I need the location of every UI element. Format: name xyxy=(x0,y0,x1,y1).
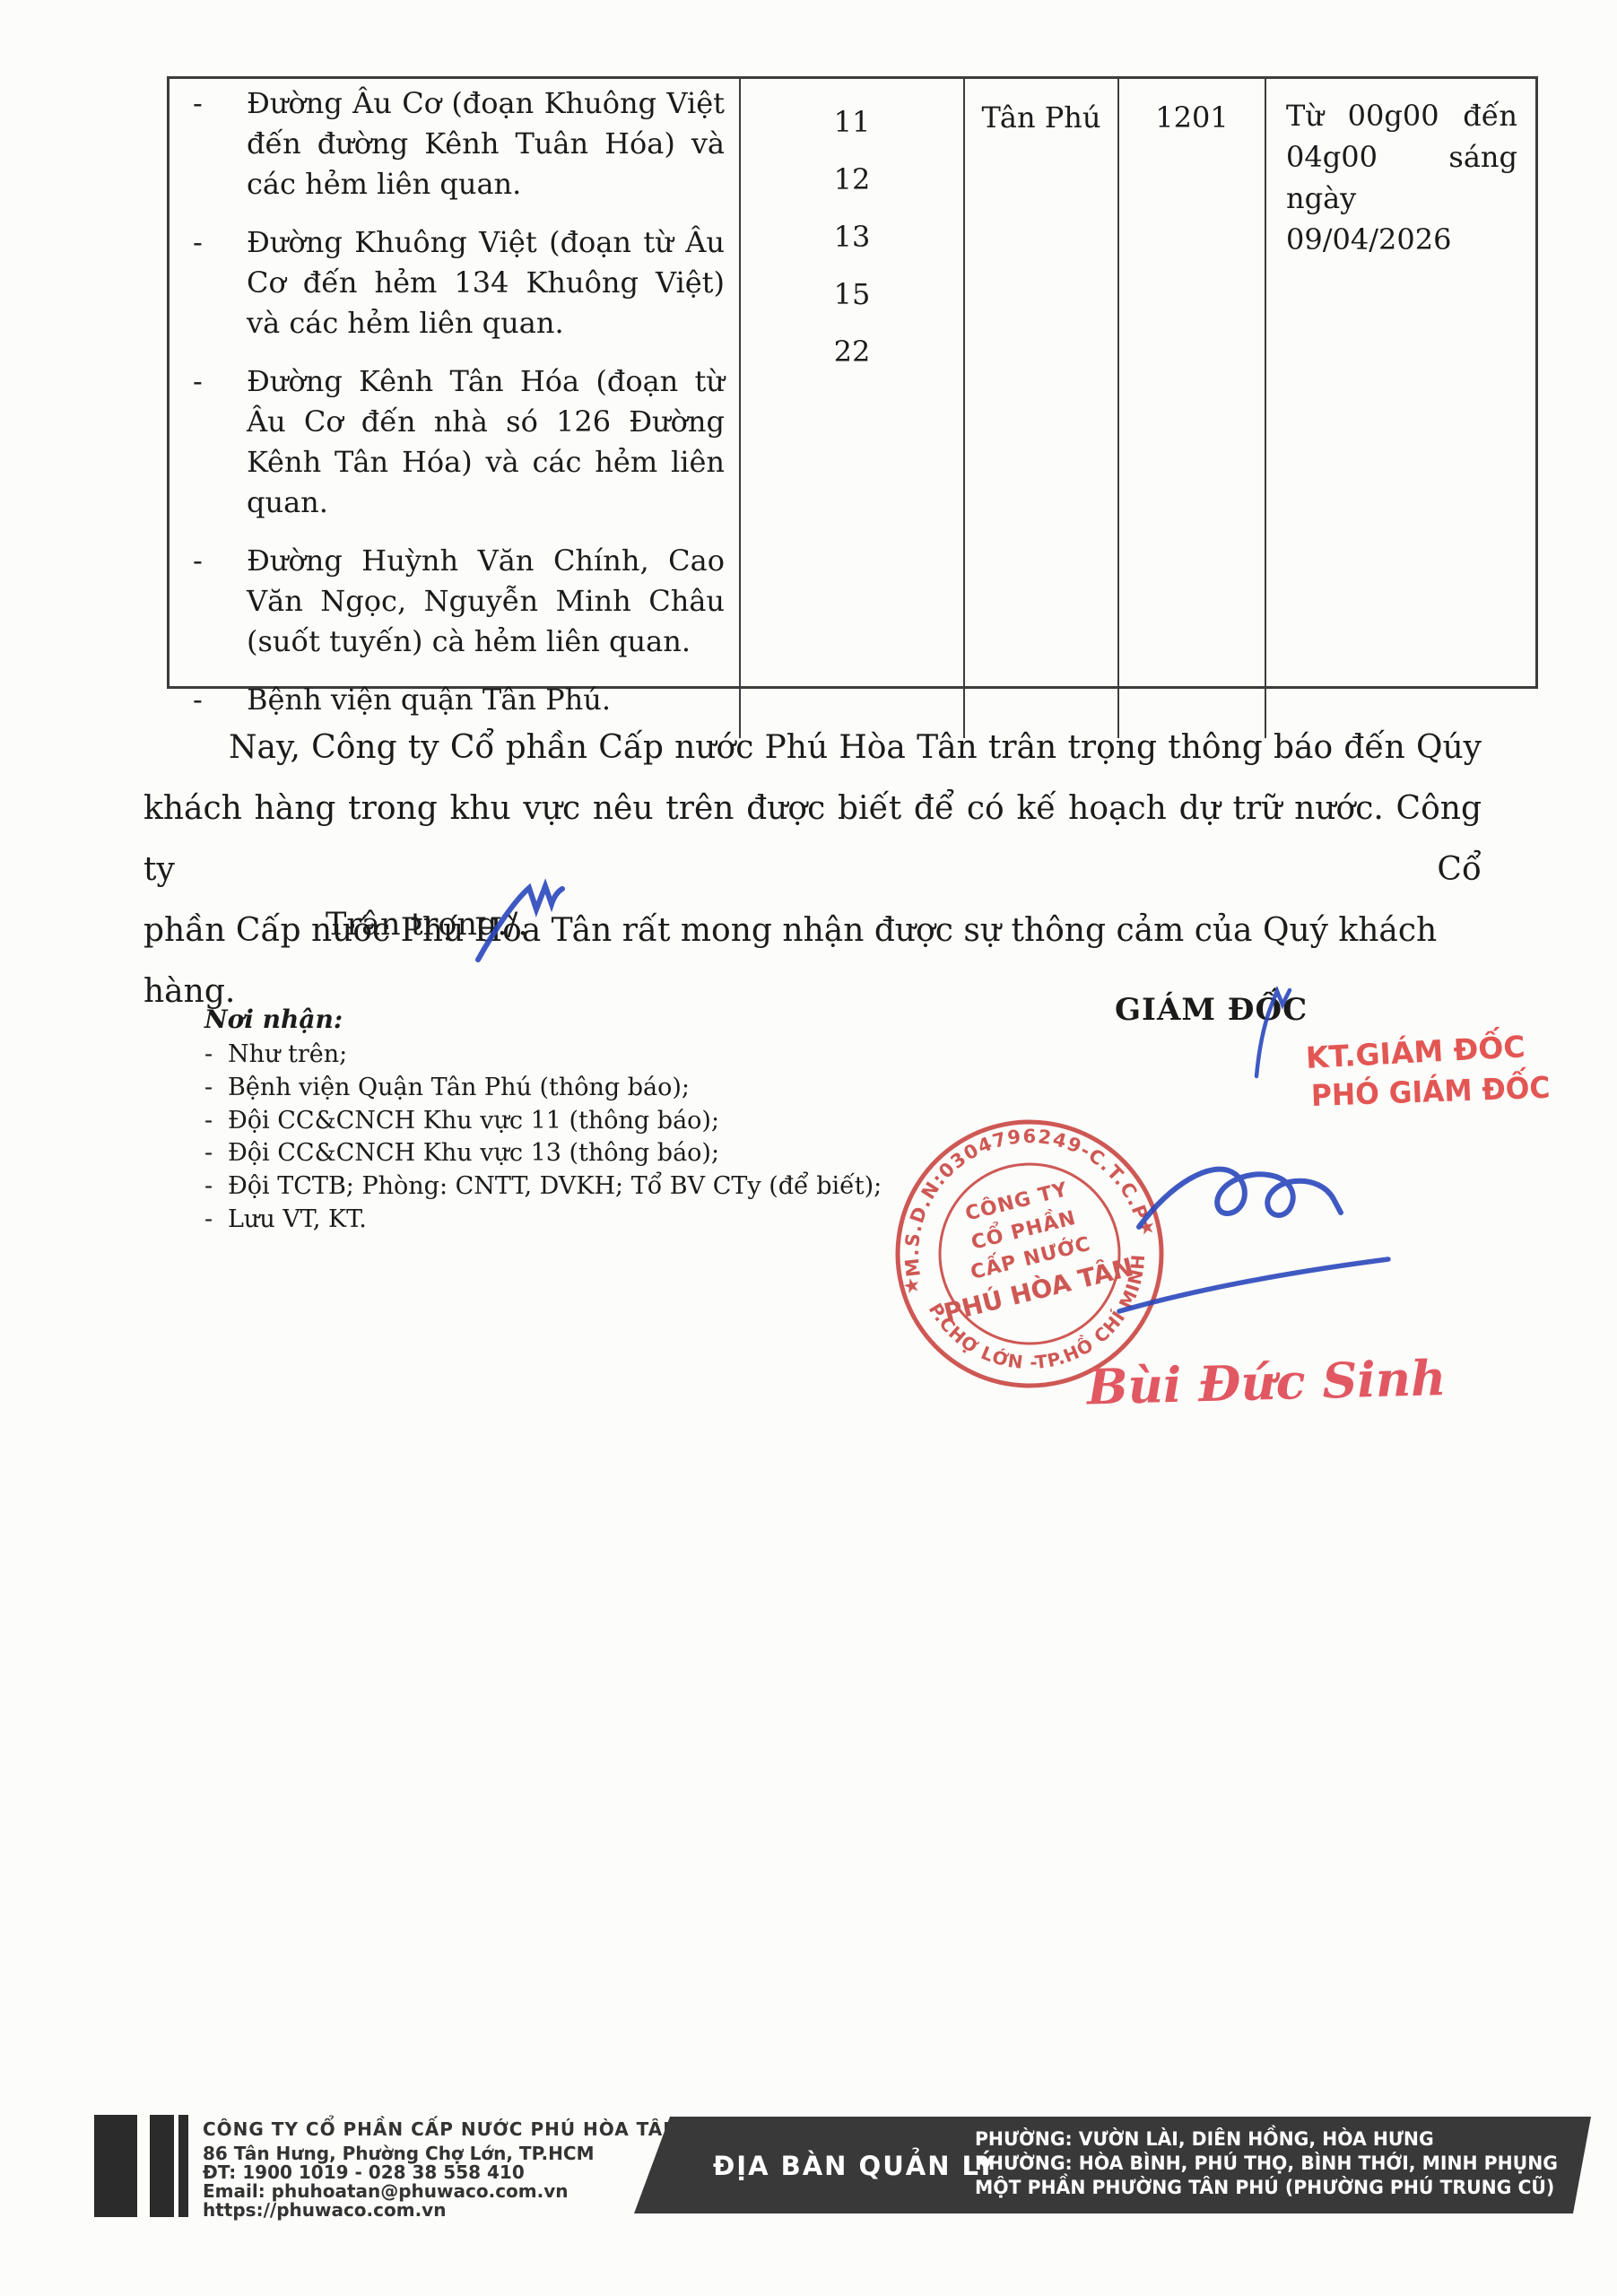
recipient-item: - Như trên; xyxy=(204,1039,882,1072)
footer-phone: ĐT: 1900 1019 - 028 38 558 410 xyxy=(203,2163,679,2182)
service-area-label: ĐỊA BÀN QUẢN LÝ xyxy=(713,2151,997,2181)
bullet-dash: - xyxy=(193,361,247,523)
bullet-dash: - xyxy=(193,83,247,204)
street-item: - Đường Khuông Việt (đoạn từ Âu Cơ đến h… xyxy=(193,222,725,344)
street-item: - Đường Kênh Tân Hóa (đoạn từ Âu Cơ đến … xyxy=(193,361,725,523)
bullet-dash: - xyxy=(204,1137,228,1170)
footer-email: Email: phuhoatan@phuwaco.com.vn xyxy=(203,2182,679,2201)
recipient-text: Đội CC&CNCH Khu vực 13 (thông báo); xyxy=(228,1137,719,1170)
street-text: Đường Khuông Việt (đoạn từ Âu Cơ đến hẻm… xyxy=(247,222,725,344)
recipients-list: - Như trên; - Bệnh viện Quận Tân Phú (th… xyxy=(204,1039,882,1237)
time-line: 09/04/2026 xyxy=(1286,219,1517,260)
street-text: Đường Huỳnh Văn Chính, Cao Văn Ngọc, Ngu… xyxy=(247,541,725,662)
notice-paragraph: Nay, Công ty Cổ phần Cấp nước Phú Hòa Tâ… xyxy=(143,717,1482,1022)
director-title: GIÁM ĐỐC xyxy=(1115,992,1308,1028)
footer-logo-bar xyxy=(150,2115,174,2217)
service-area-list: PHƯỜNG: VƯỜN LÀI, DIÊN HỒNG, HÒA HƯNG PH… xyxy=(975,2127,1558,2200)
recipient-text: Lưu VT, KT. xyxy=(228,1204,367,1237)
zone-number: 12 xyxy=(741,151,963,208)
service-area-line: PHƯỜNG: VƯỜN LÀI, DIÊN HỒNG, HÒA HƯNG xyxy=(975,2127,1558,2152)
table-column-time: Từ 00g00 đến 04g00 sáng ngày 09/04/2026 xyxy=(1265,79,1535,738)
footer-service-area-band: ĐỊA BÀN QUẢN LÝ PHƯỜNG: VƯỜN LÀI, DIÊN H… xyxy=(628,2117,1596,2213)
company-stamp: M.S.D.N:0304796249-C.T.C.P P.CHỢ LỚN -TP… xyxy=(886,1110,1173,1397)
recipient-item: - Đội CC&CNCH Khu vực 13 (thông báo); xyxy=(204,1137,882,1170)
document-page: - Đường Âu Cơ (đoạn Khuông Việt đến đườn… xyxy=(0,0,1617,2296)
paragraph-line: Nay, Công ty Cổ phần Cấp nước Phú Hòa Tâ… xyxy=(143,717,1482,778)
paragraph-line: khách hàng trong khu vực nêu trên được b… xyxy=(143,778,1482,900)
recipient-item: - Lưu VT, KT. xyxy=(204,1204,882,1237)
bullet-dash: - xyxy=(204,1039,228,1072)
zone-number: 13 xyxy=(741,208,963,265)
time-line: Từ 00g00 đến xyxy=(1286,95,1517,136)
deputy-for-stamp-text: KT.GIÁM ĐỐC xyxy=(1305,1029,1526,1075)
zone-number: 15 xyxy=(741,265,963,323)
street-item: - Bệnh viện quận Tân Phú. xyxy=(193,680,725,720)
zone-number: 22 xyxy=(741,323,963,380)
service-area-line: MỘT PHẦN PHƯỜNG TÂN PHÚ (PHƯỜNG PHÚ TRUN… xyxy=(975,2176,1558,2200)
recipient-text: Đội CC&CNCH Khu vực 11 (thông báo); xyxy=(228,1105,719,1138)
district-name: Tân Phú xyxy=(965,97,1117,138)
recipient-item: - Đội CC&CNCH Khu vực 11 (thông báo); xyxy=(204,1105,882,1138)
footer-website: https://phuwaco.com.vn xyxy=(203,2201,679,2220)
water-outage-table: - Đường Âu Cơ (đoạn Khuông Việt đến đườn… xyxy=(167,76,1538,689)
footer-address: 86 Tân Hưng, Phường Chợ Lớn, TP.HCM xyxy=(203,2144,679,2163)
recipient-item: - Đội TCTB; Phòng: CNTT, DVKH; Tổ BV CTy… xyxy=(204,1170,882,1204)
bullet-dash: - xyxy=(204,1105,228,1138)
street-text: Đường Âu Cơ (đoạn Khuông Việt đến đường … xyxy=(247,83,725,204)
footer-logo-bar xyxy=(94,2115,137,2217)
zone-number: 11 xyxy=(741,93,963,151)
bullet-dash: - xyxy=(204,1204,228,1237)
table-column-code: 1201 xyxy=(1117,79,1265,738)
street-text: Bệnh viện quận Tân Phú. xyxy=(247,680,725,720)
footer-company-name: CÔNG TY CỔ PHẦN CẤP NƯỚC PHÚ HÒA TÂN xyxy=(203,2120,679,2139)
table-column-zones: 11 12 13 15 22 xyxy=(739,79,963,738)
footer-company-info: CÔNG TY CỔ PHẦN CẤP NƯỚC PHÚ HÒA TÂN 86 … xyxy=(203,2120,679,2220)
street-item: - Đường Huỳnh Văn Chính, Cao Văn Ngọc, N… xyxy=(193,541,725,662)
time-line: 04g00 sáng ngày xyxy=(1286,136,1517,219)
closing-text: Trân trọng./. xyxy=(326,904,527,945)
recipient-text: Đội TCTB; Phòng: CNTT, DVKH; Tổ BV CTy (… xyxy=(228,1170,882,1204)
recipients-heading: Nơi nhận: xyxy=(204,1004,343,1034)
recipient-text: Bệnh viện Quận Tân Phú (thông báo); xyxy=(228,1072,690,1105)
street-text: Đường Kênh Tân Hóa (đoạn từ Âu Cơ đến nh… xyxy=(247,361,725,523)
deputy-title-stamp-text: PHÓ GIÁM ĐỐC xyxy=(1310,1070,1551,1113)
bullet-dash: - xyxy=(193,541,247,662)
service-area-line: PHƯỜNG: HÒA BÌNH, PHÚ THỌ, BÌNH THỚI, MI… xyxy=(975,2152,1558,2176)
area-code: 1201 xyxy=(1119,97,1265,138)
bullet-dash: - xyxy=(204,1072,228,1105)
recipient-text: Như trên; xyxy=(228,1039,347,1072)
footer-logo-bar xyxy=(178,2115,188,2217)
signer-name: Bùi Đức Sinh xyxy=(1086,1351,1393,1416)
recipient-item: - Bệnh viện Quận Tân Phú (thông báo); xyxy=(204,1072,882,1105)
bullet-dash: - xyxy=(193,222,247,344)
table-column-district: Tân Phú xyxy=(963,79,1117,738)
table-column-streets: - Đường Âu Cơ (đoạn Khuông Việt đến đườn… xyxy=(170,79,739,738)
street-item: - Đường Âu Cơ (đoạn Khuông Việt đến đườn… xyxy=(193,83,725,204)
bullet-dash: - xyxy=(193,680,247,720)
bullet-dash: - xyxy=(204,1170,228,1204)
